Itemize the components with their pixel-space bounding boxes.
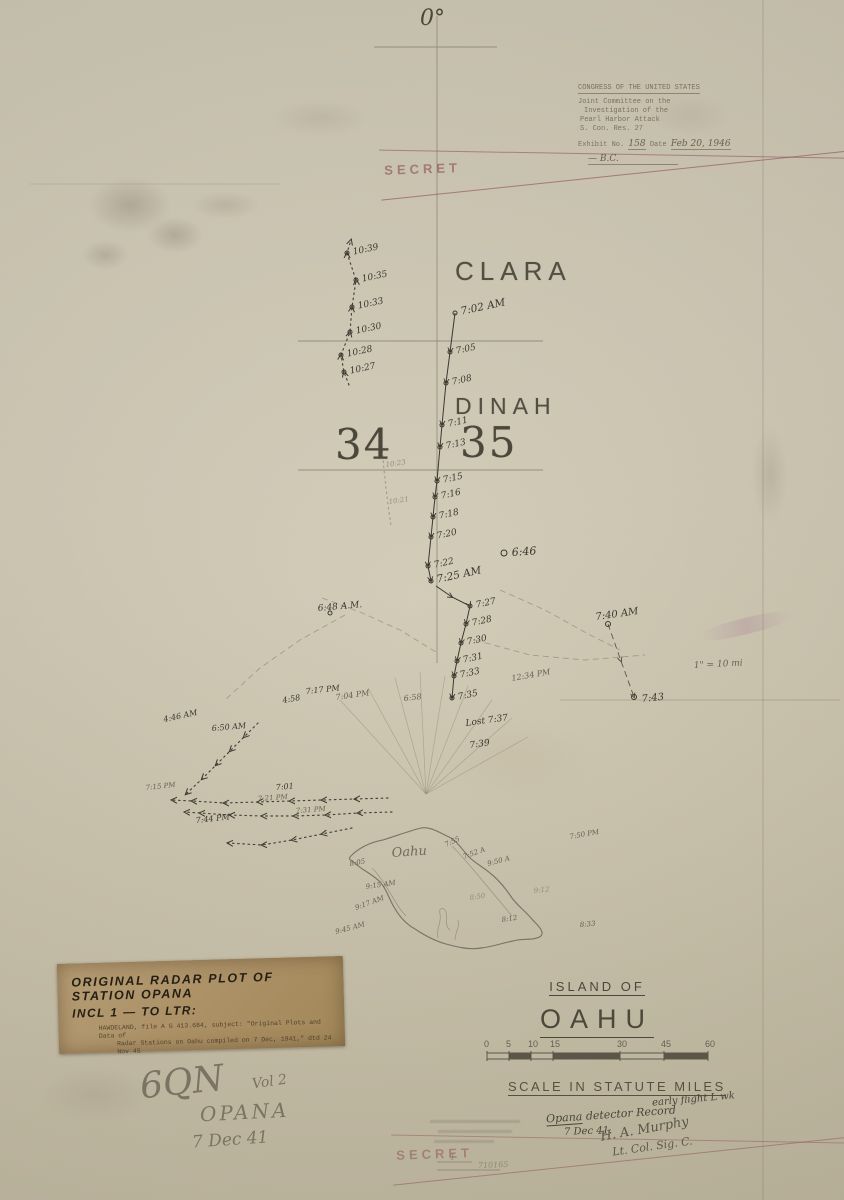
stamp-line-1: CONGRESS OF THE UNITED STATES xyxy=(578,84,700,94)
inbound-track-lower-time-label: 7:28 xyxy=(471,615,493,629)
time-annotation: 8:05 xyxy=(349,857,366,868)
plate-title-line1: ORIGINAL RADAR PLOT OF STATION OPANA xyxy=(71,968,334,1003)
waianae-ridge xyxy=(372,868,406,916)
island-title-line1: ISLAND OF xyxy=(549,979,645,996)
time-annotation: 9:45 AM xyxy=(334,920,366,936)
return-track-time-label: 10:28 xyxy=(346,344,374,359)
plot-point xyxy=(632,695,637,700)
inbound-track-upper-time-label: 7:02 AM xyxy=(460,296,507,317)
inbound-track-lower-time-label: 7:33 xyxy=(459,667,481,681)
inbound-track-lower-line xyxy=(436,586,470,698)
time-annotation: 710165 xyxy=(478,1160,509,1170)
inbound-track-lower-time-label: 7:31 xyxy=(462,652,484,666)
scale-bar-tick-label: 15 xyxy=(550,1039,560,1049)
time-annotation: 7:01 xyxy=(275,781,294,792)
bearing-fan-line xyxy=(426,718,512,794)
record-note-word1: Opana xyxy=(546,1110,583,1126)
scale-bar-segment xyxy=(509,1053,531,1059)
time-annotation: 12:34 PM xyxy=(511,667,552,683)
bearing-fan-line xyxy=(368,688,426,794)
return-track-time-label: 10:35 xyxy=(361,269,389,284)
scale-bar-tick-label: 60 xyxy=(705,1039,715,1049)
scale-bar-tick-label: 10 xyxy=(528,1039,538,1049)
inbound-track-lower-time-label: 7:27 xyxy=(475,597,497,611)
time-annotation: 8:12 xyxy=(501,914,518,924)
pearl-harbor-inlets xyxy=(438,908,459,940)
time-annotation: 6:48 A.M. xyxy=(317,600,362,614)
return-track-time-label: 10:39 xyxy=(352,242,380,257)
plotted-tracks: 7:02 AM7:057:087:117:137:157:167:187:207… xyxy=(172,240,645,845)
time-annotation: 9:15 AM xyxy=(365,879,397,891)
inbound-track-upper-time-label: 7:16 xyxy=(440,488,462,502)
archive-label-plate: ORIGINAL RADAR PLOT OF STATION OPANA INC… xyxy=(57,956,345,1054)
time-annotation: 7:52 A xyxy=(462,845,486,860)
inbound-track-upper-time-label: 7:18 xyxy=(438,508,460,522)
station-note: OPANA xyxy=(199,1098,290,1127)
scale-bar-tick-label: 45 xyxy=(661,1039,671,1049)
time-annotation: 6:58 xyxy=(403,692,422,703)
inbound-track-lower-time-label: 7:35 xyxy=(457,689,479,703)
inbound-track-upper-time-label: 7:20 xyxy=(436,528,458,542)
time-annotation: 6:46 xyxy=(511,544,537,559)
exhibit-no-value: 158 xyxy=(628,139,645,150)
stamp-line-2: Joint Committee on the xyxy=(578,98,748,107)
time-annotation: 8:50 xyxy=(469,892,486,902)
island-title-line2: OAHU xyxy=(540,1004,654,1038)
grid-number-35: 35 xyxy=(460,418,517,467)
bearing-fan-line xyxy=(426,686,468,794)
return-track-line xyxy=(341,240,356,385)
sector-label-clara: CLARA xyxy=(455,256,572,287)
return-track-time-label: 10:30 xyxy=(355,321,383,336)
time-annotation: 7:50 PM xyxy=(569,828,601,841)
scale-bar-tick-label: 5 xyxy=(506,1039,511,1049)
time-annotation: 7:04 PM xyxy=(335,688,371,702)
stamp-line-3: Investigation of the xyxy=(584,107,748,116)
inbound-track-upper-time-label: 7:08 xyxy=(451,374,473,388)
return-track-time-label: 10:33 xyxy=(357,296,385,311)
scale-bar: 051015304560 xyxy=(484,1039,715,1061)
time-annotation: 9:50 A xyxy=(486,854,510,868)
west-cluster-track-3-line xyxy=(186,723,258,794)
time-annotation: 7:43 xyxy=(641,692,664,705)
exhibit-date-value: Feb 20, 1946 xyxy=(671,139,731,150)
time-annotation: 9:17 AM xyxy=(354,894,386,912)
inbound-track-upper-time-label: 7:22 xyxy=(433,557,455,571)
time-annotation: 7:31 PM xyxy=(296,805,327,815)
plot-point xyxy=(501,550,507,556)
zero-degree-meridian-label: 0° xyxy=(420,6,445,31)
scale-bar-tick-label: 0 xyxy=(484,1039,489,1049)
east-track-line xyxy=(608,624,634,697)
time-annotation: 7:40 AM xyxy=(595,606,640,623)
time-annotation: 8:33 xyxy=(579,920,596,929)
scale-bar-tick-label: 30 xyxy=(617,1039,627,1049)
scale-bar-segment xyxy=(553,1053,620,1059)
time-annotation: 4:58 xyxy=(281,693,301,705)
time-annotation: 4:46 AM xyxy=(162,708,199,724)
time-annotation: 7:15 PM xyxy=(145,781,176,792)
scanned-radar-plot-photo: { "meridian_label": "0°", "exhibit_stamp… xyxy=(0,0,844,1200)
bearing-fan-line xyxy=(426,676,445,794)
inbound-track-upper-time-label: 7:15 xyxy=(442,472,464,486)
time-annotation: 1" = 10 mi xyxy=(694,658,743,671)
return-track-time-label: 10:27 xyxy=(349,361,377,376)
grid-number-34: 34 xyxy=(335,420,392,469)
time-annotation: 7:39 xyxy=(469,738,491,751)
scale-bar-segment xyxy=(664,1053,708,1059)
time-annotation: 7:44 PM xyxy=(195,812,231,825)
stamp-line-4: Pearl Harbor Attack xyxy=(580,116,748,125)
time-annotation: 10:21 xyxy=(388,495,409,506)
sector-label-dinah: DINAH xyxy=(455,393,557,420)
exhibit-no-label: Exhibit No. xyxy=(578,141,624,149)
catalog-code-note: 6QN xyxy=(138,1058,226,1108)
inbound-track-upper-time-label: 7:05 xyxy=(455,343,477,357)
west-cluster-track-4-line xyxy=(228,828,352,845)
island-title-block: ISLAND OF OAHU xyxy=(540,978,654,1038)
time-annotation: 9:12 xyxy=(533,885,550,895)
time-annotation: Oahu xyxy=(391,844,427,861)
time-annotation: 6:50 AM xyxy=(211,721,247,733)
exhibit-date-label: Date xyxy=(650,141,667,149)
stamp-line-5: S. Con. Res. 27 xyxy=(580,125,748,134)
